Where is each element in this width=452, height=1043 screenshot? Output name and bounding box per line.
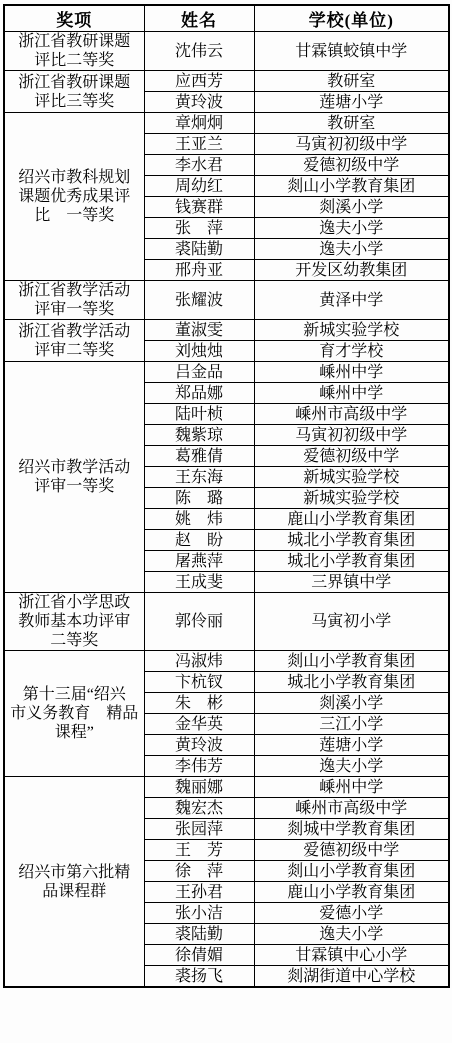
name-cell: 魏宏杰 (144, 798, 254, 819)
name-cell: 钱赛群 (144, 197, 254, 218)
document-page: 奖项 姓名 学校(单位) 浙江省教研课题 评比二等奖沈伟云甘霖镇蛟镇中学浙江省教… (0, 0, 452, 1043)
award-cell: 浙江省教研课题 评比三等奖 (4, 71, 144, 113)
award-cell: 绍兴市教学活动 评审一等奖 (4, 362, 144, 593)
school-cell: 甘霖镇蛟镇中学 (254, 32, 449, 71)
school-cell: 新城实验学校 (254, 320, 449, 341)
school-cell: 剡城中学教育集团 (254, 819, 449, 840)
award-cell: 绍兴市教科规划 课题优秀成果评 比 一等奖 (4, 113, 144, 281)
name-cell: 李伟芳 (144, 756, 254, 777)
name-cell: 葛雅倩 (144, 446, 254, 467)
school-cell: 马寅初小学 (254, 593, 449, 651)
name-cell: 沈伟云 (144, 32, 254, 71)
name-cell: 裘扬飞 (144, 966, 254, 988)
name-cell: 应西芳 (144, 71, 254, 92)
name-cell: 屠燕萍 (144, 551, 254, 572)
name-cell: 刘烛烛 (144, 341, 254, 362)
name-cell: 卞杭钗 (144, 672, 254, 693)
name-cell: 朱 彬 (144, 693, 254, 714)
school-cell: 爱德小学 (254, 903, 449, 924)
name-cell: 王孙君 (144, 882, 254, 903)
school-cell: 爱德初级中学 (254, 155, 449, 176)
award-cell: 浙江省教学活动 评审一等奖 (4, 281, 144, 320)
name-cell: 陈 璐 (144, 488, 254, 509)
name-cell: 周幼红 (144, 176, 254, 197)
table-row: 浙江省教研课题 评比三等奖应西芳教研室 (4, 71, 449, 92)
table-header: 奖项 姓名 学校(单位) (4, 5, 449, 32)
school-cell: 教研室 (254, 71, 449, 92)
school-cell: 剡山小学教育集团 (254, 861, 449, 882)
name-cell: 姚 炜 (144, 509, 254, 530)
school-cell: 嵊州中学 (254, 777, 449, 798)
school-cell: 逸夫小学 (254, 218, 449, 239)
name-cell: 邢舟亚 (144, 260, 254, 281)
column-header-award: 奖项 (4, 5, 144, 32)
name-cell: 黄玲波 (144, 92, 254, 113)
school-cell: 剡山小学教育集团 (254, 176, 449, 197)
school-cell: 鹿山小学教育集团 (254, 509, 449, 530)
name-cell: 郑品娜 (144, 383, 254, 404)
name-cell: 王亚兰 (144, 134, 254, 155)
school-cell: 嵊州中学 (254, 362, 449, 383)
column-header-name: 姓名 (144, 5, 254, 32)
school-cell: 黄泽中学 (254, 281, 449, 320)
name-cell: 王 芳 (144, 840, 254, 861)
school-cell: 甘霖镇中心小学 (254, 945, 449, 966)
name-cell: 徐倩媚 (144, 945, 254, 966)
name-cell: 张耀波 (144, 281, 254, 320)
school-cell: 逸夫小学 (254, 239, 449, 260)
name-cell: 郭伶丽 (144, 593, 254, 651)
school-cell: 马寅初初级中学 (254, 134, 449, 155)
name-cell: 黄玲波 (144, 735, 254, 756)
awards-table: 奖项 姓名 学校(单位) 浙江省教研课题 评比二等奖沈伟云甘霖镇蛟镇中学浙江省教… (3, 4, 450, 988)
name-cell: 魏紫琼 (144, 425, 254, 446)
name-cell: 吕金品 (144, 362, 254, 383)
school-cell: 育才学校 (254, 341, 449, 362)
school-cell: 剡溪小学 (254, 197, 449, 218)
award-cell: 浙江省小学思政 教师基本功评审 二等奖 (4, 593, 144, 651)
name-cell: 冯淑炜 (144, 651, 254, 672)
name-cell: 赵 盼 (144, 530, 254, 551)
table-row: 浙江省教研课题 评比二等奖沈伟云甘霖镇蛟镇中学 (4, 32, 449, 71)
table-row: 浙江省教学活动 评审一等奖张耀波黄泽中学 (4, 281, 449, 320)
name-cell: 王东海 (144, 467, 254, 488)
school-cell: 嵊州市高级中学 (254, 798, 449, 819)
table-row: 绍兴市第六批精 品课程群魏丽娜嵊州中学 (4, 777, 449, 798)
school-cell: 新城实验学校 (254, 488, 449, 509)
table-row: 浙江省教学活动 评审二等奖董淑雯新城实验学校 (4, 320, 449, 341)
name-cell: 裘陆勤 (144, 239, 254, 260)
school-cell: 嵊州中学 (254, 383, 449, 404)
school-cell: 三江小学 (254, 714, 449, 735)
name-cell: 董淑雯 (144, 320, 254, 341)
name-cell: 张小洁 (144, 903, 254, 924)
school-cell: 爱德初级中学 (254, 840, 449, 861)
name-cell: 魏丽娜 (144, 777, 254, 798)
school-cell: 新城实验学校 (254, 467, 449, 488)
table-row: 绍兴市教科规划 课题优秀成果评 比 一等奖章炯炯教研室 (4, 113, 449, 134)
school-cell: 城北小学教育集团 (254, 672, 449, 693)
school-cell: 鹿山小学教育集团 (254, 882, 449, 903)
school-cell: 城北小学教育集团 (254, 530, 449, 551)
name-cell: 陆叶桢 (144, 404, 254, 425)
header-row: 奖项 姓名 学校(单位) (4, 5, 449, 32)
school-cell: 城北小学教育集团 (254, 551, 449, 572)
school-cell: 剡山小学教育集团 (254, 651, 449, 672)
school-cell: 逸夫小学 (254, 924, 449, 945)
name-cell: 李水君 (144, 155, 254, 176)
name-cell: 金华英 (144, 714, 254, 735)
school-cell: 马寅初初级中学 (254, 425, 449, 446)
name-cell: 张 萍 (144, 218, 254, 239)
award-cell: 绍兴市第六批精 品课程群 (4, 777, 144, 988)
award-cell: 第十三届“绍兴 市义务教育 精品 课程” (4, 651, 144, 777)
column-header-school: 学校(单位) (254, 5, 449, 32)
school-cell: 剡湖街道中心学校 (254, 966, 449, 988)
table-body: 浙江省教研课题 评比二等奖沈伟云甘霖镇蛟镇中学浙江省教研课题 评比三等奖应西芳教… (4, 32, 449, 988)
school-cell: 逸夫小学 (254, 756, 449, 777)
award-cell: 浙江省教学活动 评审二等奖 (4, 320, 144, 362)
table-row: 浙江省小学思政 教师基本功评审 二等奖郭伶丽马寅初小学 (4, 593, 449, 651)
award-cell: 浙江省教研课题 评比二等奖 (4, 32, 144, 71)
name-cell: 章炯炯 (144, 113, 254, 134)
name-cell: 裘陆勤 (144, 924, 254, 945)
table-row: 绍兴市教学活动 评审一等奖吕金品嵊州中学 (4, 362, 449, 383)
school-cell: 爱德初级中学 (254, 446, 449, 467)
school-cell: 嵊州市高级中学 (254, 404, 449, 425)
table-row: 第十三届“绍兴 市义务教育 精品 课程”冯淑炜剡山小学教育集团 (4, 651, 449, 672)
name-cell: 王成斐 (144, 572, 254, 593)
school-cell: 三界镇中学 (254, 572, 449, 593)
school-cell: 莲塘小学 (254, 735, 449, 756)
name-cell: 徐 萍 (144, 861, 254, 882)
school-cell: 莲塘小学 (254, 92, 449, 113)
school-cell: 教研室 (254, 113, 449, 134)
school-cell: 剡溪小学 (254, 693, 449, 714)
school-cell: 开发区幼教集团 (254, 260, 449, 281)
name-cell: 张园萍 (144, 819, 254, 840)
